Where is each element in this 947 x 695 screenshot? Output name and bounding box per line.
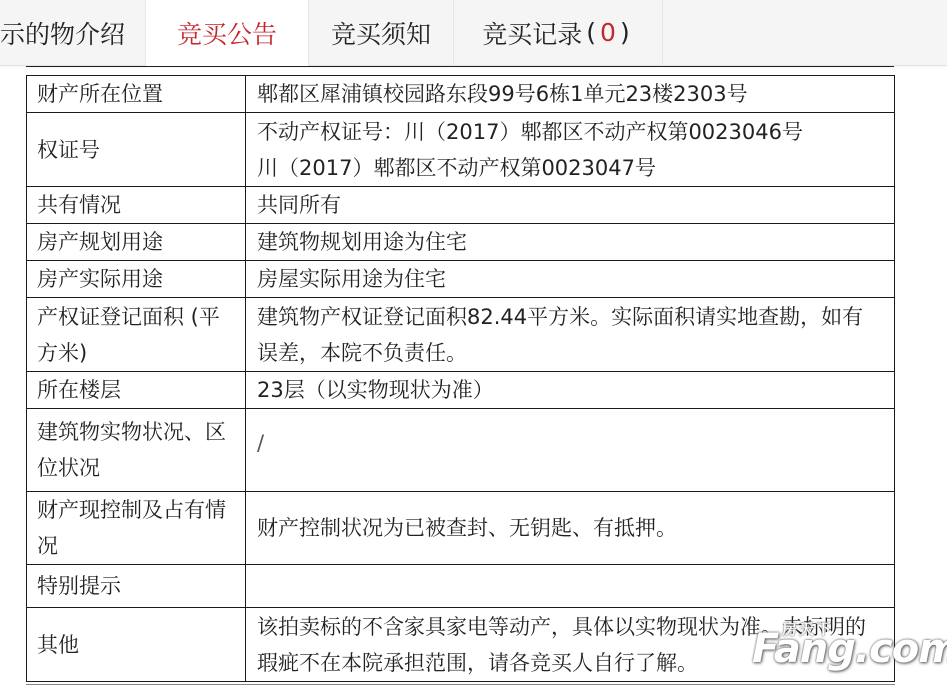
row-label: 房产规划用途 bbox=[27, 224, 246, 261]
table-row-certificate: 权证号 不动产权证号：川（2017）郫都区不动产权第0023046号 川（201… bbox=[27, 113, 895, 187]
row-value: 共同所有 bbox=[246, 187, 895, 224]
table-bottom-divider bbox=[26, 684, 895, 685]
row-label: 财产所在位置 bbox=[27, 76, 246, 113]
table-row-floor: 所在楼层 23层（以实物现状为准） bbox=[27, 372, 895, 409]
row-value: 该拍卖标的不含家具家电等动产，具体以实物现状为准。未标明的瑕疵不在本院承担范围，… bbox=[246, 608, 895, 682]
paren-close: ) bbox=[620, 18, 630, 47]
bid-count-badge: 0 bbox=[600, 18, 616, 47]
row-value: 23层（以实物现状为准） bbox=[246, 372, 895, 409]
table-row-possession: 财产现控制及占有情况 财产控制状况为已被查封、无钥匙、有抵押。 bbox=[27, 492, 895, 565]
row-label: 权证号 bbox=[27, 113, 246, 187]
tab-bid-records[interactable]: 竞买记录 ( 0 ) bbox=[454, 0, 663, 65]
row-value: 建筑物产权证登记面积82.44平方米。实际面积请实地查勘，如有误差，本院不负责任… bbox=[246, 298, 895, 372]
certificate-line-1: 不动产权证号：川（2017）郫都区不动产权第0023046号 bbox=[257, 114, 884, 150]
tab-bidding-notice[interactable]: 竞买须知 bbox=[309, 0, 454, 65]
row-label: 房产实际用途 bbox=[27, 261, 246, 298]
tab-item-introduction[interactable]: 示的物介绍 bbox=[0, 0, 146, 65]
tab-bar: 示的物介绍 竞买公告 竞买须知 竞买记录 ( 0 ) bbox=[0, 0, 947, 66]
tab-label: 竞买记录 bbox=[482, 15, 582, 51]
table-row-location: 财产所在位置 郫都区犀浦镇校园路东段99号6栋1单元23楼2303号 bbox=[27, 76, 895, 113]
row-value: / bbox=[246, 409, 895, 492]
row-label: 其他 bbox=[27, 608, 246, 682]
row-value: 郫都区犀浦镇校园路东段99号6栋1单元23楼2303号 bbox=[246, 76, 895, 113]
row-value bbox=[246, 565, 895, 608]
row-value: 房屋实际用途为住宅 bbox=[246, 261, 895, 298]
row-label: 财产现控制及占有情况 bbox=[27, 492, 246, 565]
table-row-special-notice: 特别提示 bbox=[27, 565, 895, 608]
row-value: 财产控制状况为已被查封、无钥匙、有抵押。 bbox=[246, 492, 895, 565]
tab-label: 竞买须知 bbox=[331, 15, 431, 51]
tab-label: 竞买公告 bbox=[177, 15, 277, 51]
row-label: 共有情况 bbox=[27, 187, 246, 224]
row-value: 建筑物规划用途为住宅 bbox=[246, 224, 895, 261]
paren-open: ( bbox=[586, 18, 596, 47]
row-value: 不动产权证号：川（2017）郫都区不动产权第0023046号 川（2017）郫都… bbox=[246, 113, 895, 187]
property-info-table: 财产所在位置 郫都区犀浦镇校园路东段99号6栋1单元23楼2303号 权证号 不… bbox=[26, 75, 895, 682]
table-row-ownership: 共有情况 共同所有 bbox=[27, 187, 895, 224]
row-label: 建筑物实物状况、区位状况 bbox=[27, 409, 246, 492]
row-label: 所在楼层 bbox=[27, 372, 246, 409]
tab-auction-announcement[interactable]: 竞买公告 bbox=[146, 0, 309, 66]
row-label: 特别提示 bbox=[27, 565, 246, 608]
row-label: 产权证登记面积 (平方米) bbox=[27, 298, 246, 372]
table-row-registered-area: 产权证登记面积 (平方米) 建筑物产权证登记面积82.44平方米。实际面积请实地… bbox=[27, 298, 895, 372]
table-row-other: 其他 该拍卖标的不含家具家电等动产，具体以实物现状为准。未标明的瑕疵不在本院承担… bbox=[27, 608, 895, 682]
table-row-building-condition: 建筑物实物状况、区位状况 / bbox=[27, 409, 895, 492]
table-row-planned-use: 房产规划用途 建筑物规划用途为住宅 bbox=[27, 224, 895, 261]
table-row-actual-use: 房产实际用途 房屋实际用途为住宅 bbox=[27, 261, 895, 298]
certificate-line-2: 川（2017）郫都区不动产权第0023047号 bbox=[257, 150, 884, 186]
tab-label: 示的物介绍 bbox=[0, 15, 125, 51]
